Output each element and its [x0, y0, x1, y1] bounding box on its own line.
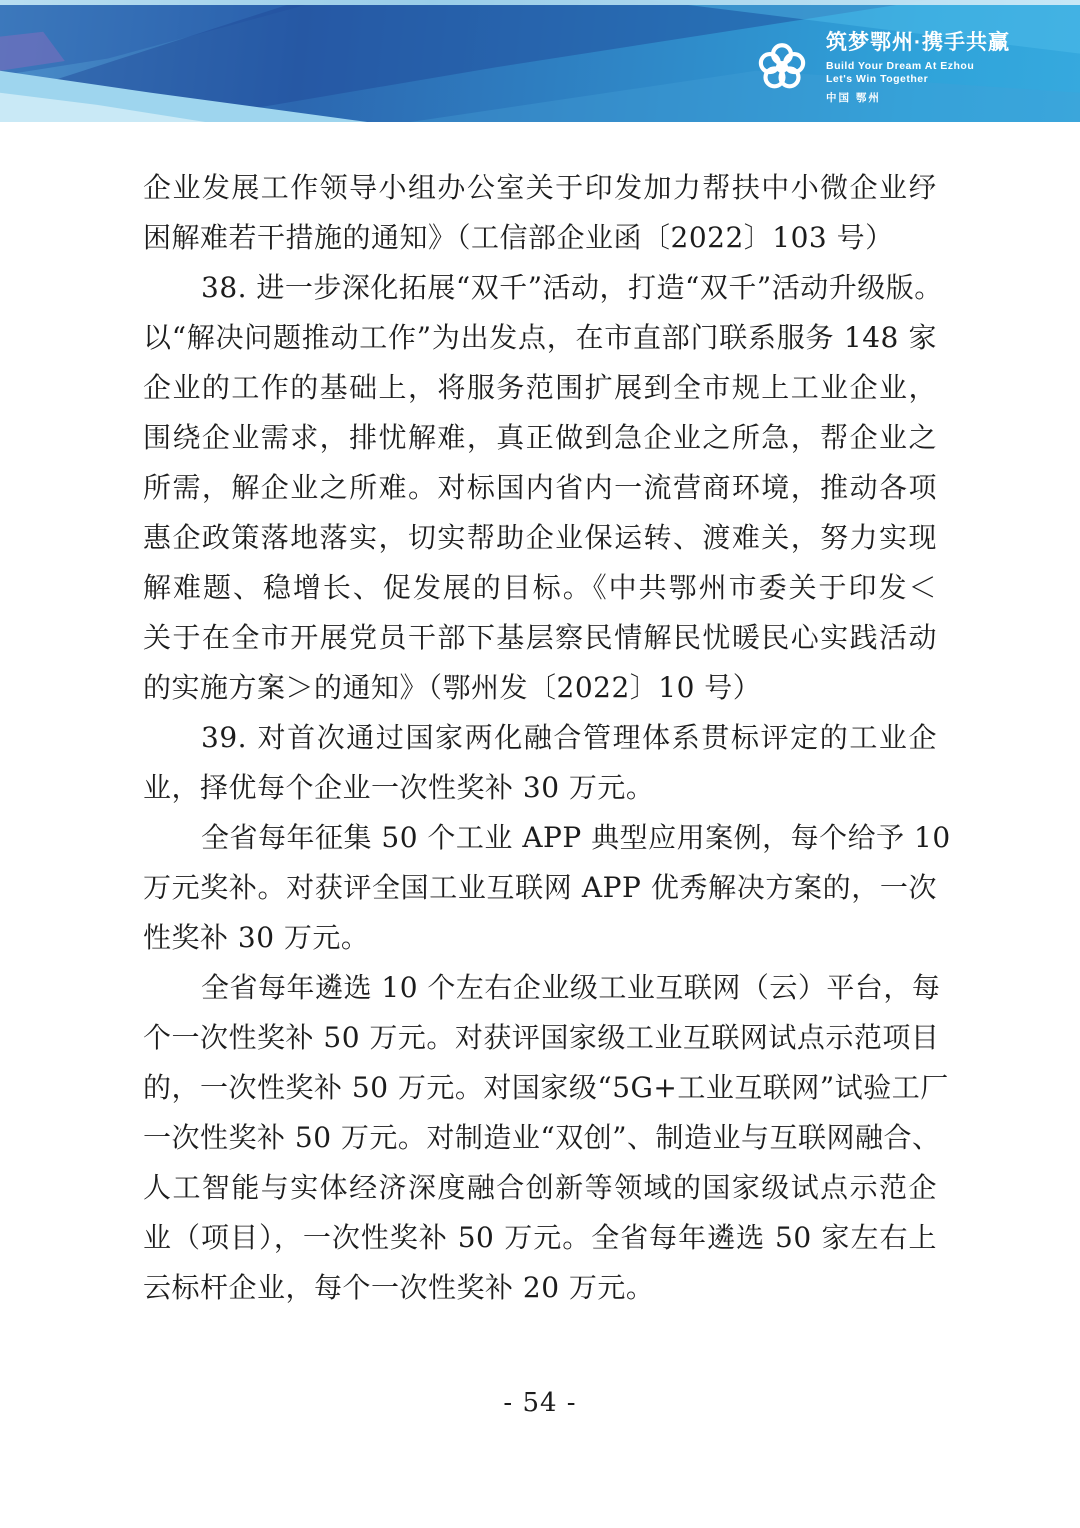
brand-block: 筑梦鄂州·携手共赢 Build Your Dream At Ezhou Let'…: [750, 30, 1010, 105]
banner-bottom-strip: [0, 0, 1080, 5]
header-banner: 筑梦鄂州·携手共赢 Build Your Dream At Ezhou Let'…: [0, 0, 1080, 122]
text-line: 围绕企业需求，排忧解难，真正做到急企业之所急，帮企业之: [143, 413, 937, 463]
page-number: - 54 -: [0, 1388, 1080, 1418]
text-line: 所需，解企业之所难。对标国内省内一流营商环境，推动各项: [143, 463, 937, 513]
text-line: 38. 进一步深化拓展“双千”活动，打造“双千”活动升级版。: [143, 263, 937, 313]
text-line: 以“解决问题推动工作”为出发点，在市直部门联系服务 148 家: [143, 313, 937, 363]
text-line: 全省每年遴选 10 个左右企业级工业互联网（云）平台，每: [143, 963, 937, 1013]
text-line: 解难题、稳增长、促发展的目标。《中共鄂州市委关于印发＜: [143, 563, 937, 613]
brand-title: 筑梦鄂州·携手共赢: [826, 30, 1010, 56]
text-line: 39. 对首次通过国家两化融合管理体系贯标评定的工业企: [143, 713, 937, 763]
text-line: 性奖补 30 万元。: [143, 913, 937, 963]
text-line: 惠企政策落地落实，切实帮助企业保运转、渡难关，努力实现: [143, 513, 937, 563]
brand-region: 中国 鄂州: [826, 92, 1010, 105]
text-line: 全省每年征集 50 个工业 APP 典型应用案例，每个给予 10: [143, 813, 937, 863]
text-line: 的，一次性奖补 50 万元。对国家级“5G+工业互联网”试验工厂: [143, 1063, 937, 1113]
brand-subtitle-en-1: Build Your Dream At Ezhou: [826, 60, 1010, 73]
text-line: 一次性奖补 50 万元。对制造业“双创”、制造业与互联网融合、: [143, 1113, 937, 1163]
text-line: 万元奖补。对获评全国工业互联网 APP 优秀解决方案的，一次: [143, 863, 937, 913]
text-line: 企业发展工作领导小组办公室关于印发加力帮扶中小微企业纾: [143, 163, 937, 213]
text-line: 云标杆企业，每个一次性奖补 20 万元。: [143, 1263, 937, 1313]
text-line: 个一次性奖补 50 万元。对获评国家级工业互联网试点示范项目: [143, 1013, 937, 1063]
text-line: 业（项目），一次性奖补 50 万元。全省每年遴选 50 家左右上: [143, 1213, 937, 1263]
brand-subtitle-en-2: Let's Win Together: [826, 73, 1010, 86]
text-line: 人工智能与实体经济深度融合创新等领域的国家级试点示范企: [143, 1163, 937, 1213]
text-line: 企业的工作的基础上，将服务范围扩展到全市规上工业企业，: [143, 363, 937, 413]
flower-logo-icon: [750, 35, 814, 99]
text-line: 关于在全市开展党员干部下基层察民情解民忧暖民心实践活动: [143, 613, 937, 663]
document-body: 企业发展工作领导小组办公室关于印发加力帮扶中小微企业纾困解难若干措施的通知》（工…: [143, 163, 937, 1313]
brand-text: 筑梦鄂州·携手共赢 Build Your Dream At Ezhou Let'…: [826, 30, 1010, 105]
text-line: 业，择优每个企业一次性奖补 30 万元。: [143, 763, 937, 813]
document-page: 筑梦鄂州·携手共赢 Build Your Dream At Ezhou Let'…: [0, 0, 1080, 1528]
text-line: 的实施方案＞的通知》（鄂州发〔2022〕10 号）: [143, 663, 937, 713]
text-line: 困解难若干措施的通知》（工信部企业函〔2022〕103 号）: [143, 213, 937, 263]
